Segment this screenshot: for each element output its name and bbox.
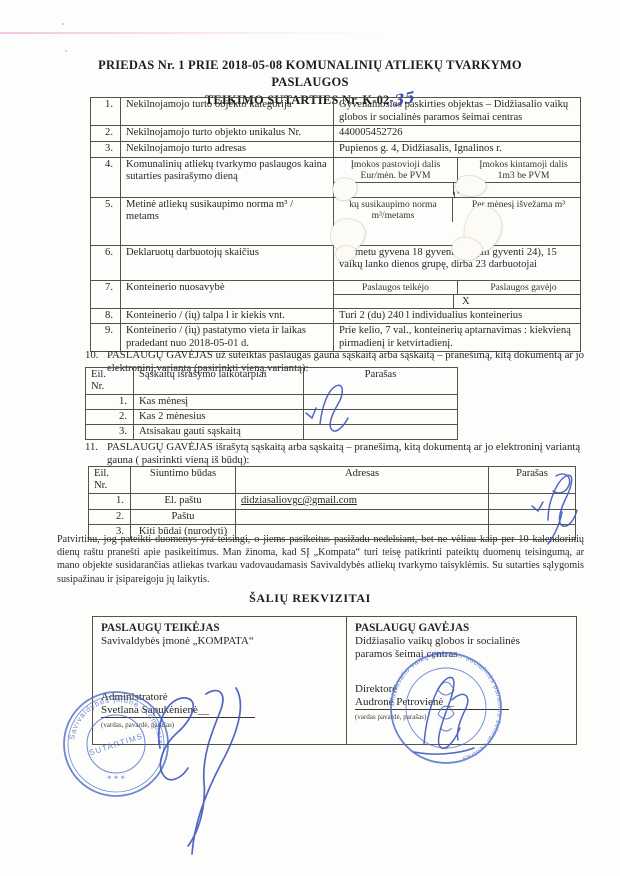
- delivery-method: Paštu: [131, 510, 236, 525]
- provider-person-name: Svetlana Sapukėnienė__: [101, 704, 255, 718]
- requisites-heading: ŠALIŲ REKVIZITAI: [60, 591, 560, 606]
- scan-artifact-speck: [65, 50, 67, 52]
- requisites-box: PASLAUGŲ TEIKĖJAS Savivaldybės įmonė „KO…: [92, 616, 577, 745]
- row-number: 2.: [86, 410, 134, 425]
- row-number: 7.: [91, 280, 121, 308]
- row-number: 3.: [86, 425, 134, 440]
- receiver-person-name: Audronė Petrovienė__: [355, 696, 509, 710]
- row-label: Nekilnojamojo turto objekto unikalus Nr.: [121, 126, 334, 142]
- provider-role: Administratorė: [101, 691, 255, 704]
- row-number: 9.: [91, 324, 121, 352]
- row-label: Nekilnojamojo turto objekto kategorija: [121, 98, 334, 126]
- table-header-row: Eil. Nr. Sąskaitų išrašymo laikotarpiai …: [86, 368, 458, 395]
- email-address: didziasaliovgc@gmail.com: [241, 495, 357, 506]
- provider-title: PASLAUGŲ TEIKĖJAS: [101, 622, 338, 634]
- row-label: Konteinerio / (ių) talpa l ir kiekis vnt…: [121, 308, 334, 324]
- address-cell: [236, 510, 489, 525]
- col-header-address: Adresas: [236, 467, 489, 494]
- fee-subheaders: Įmokos pastovioji dalis Eur/mėn. be PVM …: [334, 158, 580, 183]
- row-number: 4.: [91, 157, 121, 197]
- row-value: Pupienos g. 4, Didžiasalis, Ignalinos r.: [334, 141, 581, 157]
- receiver-name: Didžiasalio vaikų globos ir socialinės p…: [355, 635, 535, 661]
- row-label: Metinė atliekų susikaupimo norma m³ / me…: [121, 197, 334, 245]
- col-header-method: Siuntimo būdas: [131, 467, 236, 494]
- signature-cell: [304, 410, 458, 425]
- ownership-x-mark: X: [454, 295, 589, 308]
- row-number: 8.: [91, 308, 121, 324]
- period-option: Kas mėnesį: [134, 395, 304, 410]
- scan-artifact-speck: [62, 23, 64, 25]
- row-label: Konteinerio nuosavybė: [121, 280, 334, 308]
- signature-cell: [304, 395, 458, 410]
- table-row: 1. El. paštu didziasaliovgc@gmail.com: [89, 494, 576, 510]
- table-row: 2. Kas 2 mėnesius: [86, 410, 458, 425]
- col-header-signature: Parašas: [304, 368, 458, 395]
- table-row: 8. Konteinerio / (ių) talpa l ir kiekis …: [91, 308, 581, 324]
- receiver-title: PASLAUGŲ GAVĖJAS: [355, 622, 568, 634]
- col-header-number: Eil. Nr.: [86, 368, 134, 395]
- clause-11: 11. PASLAUGŲ GAVĖJAS išrašytą sąskaitą a…: [85, 441, 597, 466]
- delivery-method: El. paštu: [131, 494, 236, 510]
- ownership-subheaders: Paslaugos teikėjo Paslaugos gavėjo: [334, 281, 580, 295]
- row-label: Komunalinių atliekų tvarkymo paslaugos k…: [121, 157, 334, 197]
- row-label: Deklaruotų darbuotojų skaičius: [121, 245, 334, 280]
- provider-column: PASLAUGŲ TEIKĖJAS Savivaldybės įmonė „KO…: [93, 617, 347, 744]
- delivery-method-table: Eil. Nr. Siuntimo būdas Adresas Parašas …: [88, 466, 576, 540]
- table-row: 7. Konteinerio nuosavybė Paslaugos teikė…: [91, 280, 581, 308]
- period-option: Atsisakau gauti sąskaitą: [134, 425, 304, 440]
- row-value: Paslaugos teikėjo Paslaugos gavėjo X: [334, 280, 581, 308]
- clause-number: 11.: [85, 441, 107, 466]
- receiver-signature-block: Direktorė Audronė Petrovienė__ (vardas p…: [355, 683, 509, 724]
- col-header-number: Eil. Nr.: [89, 467, 131, 494]
- provider-signature-block: Administratorė Svetlana Sapukėnienė__ (v…: [101, 691, 255, 732]
- receiver-role: Direktorė: [355, 683, 509, 696]
- invoice-period-table: Eil. Nr. Sąskaitų išrašymo laikotarpiai …: [85, 367, 458, 440]
- table-row: 2. Paštu: [89, 510, 576, 525]
- receiver-stamp-star: *: [444, 745, 448, 754]
- ownership-mark-row: X: [334, 295, 580, 308]
- row-value: Prie kelio, 7 val., konteinerių aptarnav…: [334, 324, 581, 352]
- row-label: Nekilnojamojo turto adresas: [121, 141, 334, 157]
- scanned-contract-page: PRIEDAS Nr. 1 PRIE 2018-05-08 KOMUNALINI…: [0, 0, 620, 876]
- row-number: 1.: [91, 98, 121, 126]
- obscured-value-fragment: 1’: [452, 190, 460, 200]
- row-number: 1.: [86, 395, 134, 410]
- row-number: 1.: [89, 494, 131, 510]
- row-label: Konteinerio / (ių) pastatymo vieta ir la…: [121, 324, 334, 352]
- row-number: 2.: [91, 126, 121, 142]
- fee-fixed-part-header: Įmokos pastovioji dalis Eur/mėn. be PVM: [334, 158, 458, 182]
- table-row: 9. Konteinerio / (ių) pastatymo vieta ir…: [91, 324, 581, 352]
- confirmation-paragraph: Patvirtinu, jog pateikti duomenys yra te…: [57, 533, 584, 586]
- scan-artifact-line: [0, 32, 380, 34]
- table-header-row: Eil. Nr. Siuntimo būdas Adresas Parašas: [89, 467, 576, 494]
- table-row: 1. Nekilnojamojo turto objekto kategorij…: [91, 98, 581, 126]
- clause-text: PASLAUGŲ GAVĖJAS išrašytą sąskaitą arba …: [107, 441, 597, 466]
- table-row: 1. Kas mėnesį: [86, 395, 458, 410]
- table-row: 2. Nekilnojamojo turto objekto unikalus …: [91, 126, 581, 142]
- row-value: 440005452726: [334, 126, 581, 142]
- provider-name: Savivaldybės įmonė „KOMPATA“: [101, 635, 338, 648]
- col-header-signature: Parašas: [489, 467, 576, 494]
- receiver-ownership-header: Paslaugos gavėjo: [458, 281, 589, 294]
- norm-subcells: kų susikaupimo norma m³/metams Per mėnes…: [334, 198, 580, 222]
- col-header-period: Sąskaitų išrašymo laikotarpiai: [134, 368, 304, 395]
- norm-header: kų susikaupimo norma m³/metams: [334, 198, 453, 222]
- signature-cell: [489, 510, 576, 525]
- document-title-line1: PRIEDAS Nr. 1 PRIE 2018-05-08 KOMUNALINI…: [60, 57, 560, 91]
- receiver-signature-note: (vardas pavardė, parašas): [355, 711, 509, 724]
- period-option: Kas 2 mėnesius: [134, 410, 304, 425]
- signature-cell: [489, 494, 576, 510]
- provider-ownership-header: Paslaugos teikėjo: [334, 281, 458, 294]
- row-number: 2.: [89, 510, 131, 525]
- row-value: Turi 2 (du) 240 l individualius konteine…: [334, 308, 581, 324]
- row-value: Gyvenamosios paskirties objektas – Didži…: [334, 98, 581, 126]
- row-number: 6.: [91, 245, 121, 280]
- table-row: 3. Atsisakau gauti sąskaitą: [86, 425, 458, 440]
- row-number: 3.: [91, 141, 121, 157]
- receiver-column: PASLAUGŲ GAVĖJAS Didžiasalio vaikų globo…: [347, 617, 576, 744]
- provider-stamp-stars: * * *: [107, 774, 126, 784]
- signature-cell: [304, 425, 458, 440]
- table-row: 3. Nekilnojamojo turto adresas Pupienos …: [91, 141, 581, 157]
- row-number: 5.: [91, 197, 121, 245]
- provider-signature-note: (vardas, pavardė, parašas): [101, 719, 255, 732]
